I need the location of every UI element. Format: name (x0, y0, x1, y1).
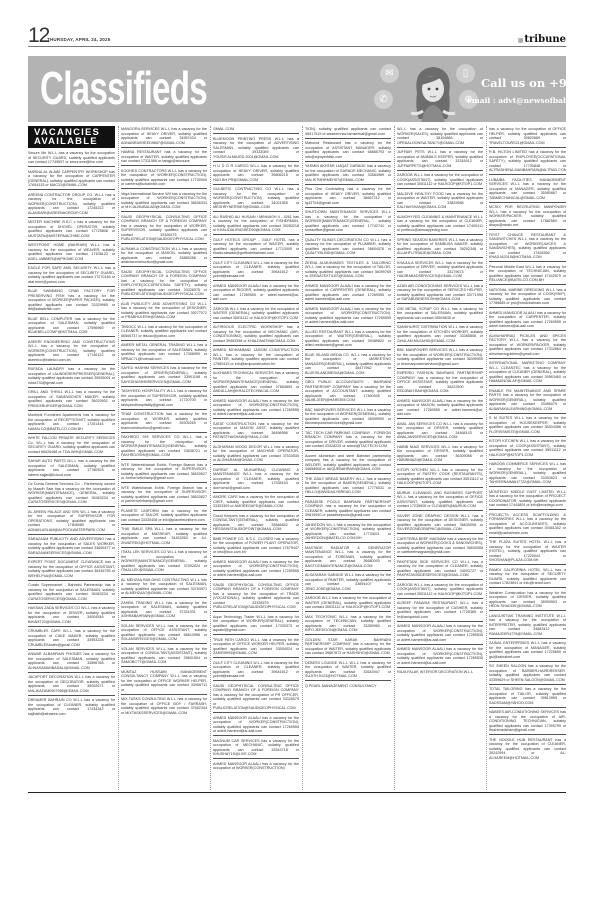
brand-logo: ▦tribune (518, 34, 566, 45)
classified-ad: NABEES AIR-CONDITIONING SERVICES has a v… (489, 709, 566, 735)
classified-ad: GOLDEN STAR KARAK - BAHRAINI PARTNERSHIP… (305, 637, 391, 659)
classified-ad: SAHAR AUTO PARTS W.L.L has a vacancy for… (28, 458, 115, 480)
classified-ad: MARINA AL ALAWI CARPENTRY WORKSHOP has a… (28, 169, 115, 191)
classified-ad: LUBAIBA FACILITIES MANAGEMENT SERVICES W… (489, 177, 566, 203)
classified-ad: THE NOODLE HUB RESTAURANT has a vacancy … (489, 737, 566, 762)
column-3: GMAIL.COMBLUEMOON PRINTING PRESS W.L.L h… (213, 126, 299, 790)
classified-ad: RAMDI CALIFORNIA HOTEL W.L.L has a vacan… (489, 567, 566, 589)
column-4: TION), suitably qualified applicants can… (305, 126, 391, 790)
classified-ad: SAUDI GEOPHYSICAL CONSULTING OFFICE COMP… (121, 214, 207, 245)
classified-ad: SPRING SEASON BAKERIES W.L.L has a vacan… (397, 237, 483, 259)
classified-ad: GBCI PUBLIC ACCOUNTANTS - BAHRAINI PARTN… (305, 379, 391, 405)
classified-ad: ALMOHYYED CLEANING & MAINTENANCE W.L.L h… (397, 214, 483, 236)
classified-ad: ALIB PUBLICITY AND ADVERTISING CO W.L.L … (121, 301, 207, 323)
classified-ad: KITOPI KITCHEN W.L.L has a vacancy for t… (397, 467, 483, 489)
classified-ad: LANGUISTIAS TRAINING INSTITUTE W.L.L has… (489, 613, 566, 639)
classified-ad: Cloud Keepers has a vacancy for the occu… (213, 513, 299, 535)
classified-ad: TOTAL TAILORING has a vacancy for the oc… (489, 686, 566, 708)
classified-ad: MANGORA SERVICES W.L.L has a vacancy for… (121, 126, 207, 148)
classified-ad: AHMED MANSOOR ALAALI has a vacancy for t… (213, 715, 299, 737)
column-1: VACANCIES AVAILABLE Secure Me W.L.L has … (28, 126, 115, 790)
classified-ad: BLUE BELL COMPUTER has a vacancy for the… (28, 316, 115, 338)
classified-ad: DREAMER BAHRAIN CO W.L.L has a vacancy f… (28, 697, 115, 718)
classified-ad: MCSIX PDR RECRUITING MANPOWER W.L.L has … (489, 204, 566, 230)
classified-ad: JUFFAIR PETS W.L.L has a vacancy for the… (397, 149, 483, 171)
classified-ad: THAI SMILE SPA W.L.L has a vacancy for t… (121, 526, 207, 548)
classified-ad: AHMED MANSOOR ALAALI has a vacancy for t… (397, 398, 483, 420)
issue-date: THURSDAY, APRIL 24, 2025 (47, 37, 110, 42)
column-2: MANGORA SERVICES W.L.L has a vacancy for… (121, 126, 207, 790)
classified-ad: ZAROOB W.L.L has a vacancy for the occup… (305, 595, 391, 612)
classified-ad: Aqua Technology Trader W.L.L has a vacan… (213, 614, 299, 636)
classified-ad: AHMED MANSOOR ALAALI has a vacancy for t… (213, 283, 299, 305)
classified-ad: GULF HOTELS GROUP - GULF HOTEL has a vac… (213, 237, 299, 259)
classified-ad: EAGLE FOR SAFE AND SECURITY W.L.L has a … (28, 265, 115, 287)
classified-ad: GIN METAL SCRAP CO W.L.L has a vacancy f… (397, 306, 483, 323)
classified-ad: FIRST CHANCE RESTAURANT & SANDWITCHES W.… (489, 232, 566, 263)
classified-ad: MISTER MACHINE B.S.C c has a vacancy for… (28, 219, 115, 241)
classified-ad: ALFIRDOUS ELECTRIC WORKSHOP has a vacanc… (213, 324, 299, 346)
classified-ad: Petronal Middle East W.L.L has a vacancy… (489, 264, 566, 286)
classified-ad: PLANETE UNIFORM has a vacancy for the oc… (121, 508, 207, 525)
classified-ad: Q PEARL MANAGEMENT CONSULTANCY (305, 683, 391, 690)
classified-ad: PAKPETANI SIDE SERVICES CO W.L.L has a v… (397, 559, 483, 581)
classified-ad: ASEERI ENGINEERING AND CONSTRUCTIONS W.L… (28, 339, 115, 365)
classified-ad: SATAT CONSTRUCTION has a vacancy for the… (213, 421, 299, 443)
classified-ad: AHMED MANSOOR ALAALI has a vacancy for t… (397, 623, 483, 645)
classified-ad: KHAJULA SERVICES W.L.L has a vacancy for… (397, 260, 483, 282)
classified-ad: MALDIVE HEALTHY FOOD has a vacancy for t… (397, 191, 483, 213)
classified-ad: SILVER ZONE GRAPHIC DESIGN W.L.L has a v… (397, 513, 483, 535)
classified-ad: BBC MANPOWER SERVICES W.L.L has a vacanc… (305, 407, 391, 429)
classified-ad: THE DAILY BREAD BAKERY W.L.L has a vacan… (305, 476, 391, 498)
phone-icon: ✆ (374, 90, 393, 109)
classified-ad: BMB POWER CO. B.S.C. CLOSED has a vacanc… (213, 536, 299, 558)
classified-ad: MURUK CLEANING AND BUSINESS SUPPORT W.L.… (397, 490, 483, 512)
classified-ad: QUALITY BLINDS DECORATION CO W.L.L has a… (305, 237, 391, 259)
classified-ad: RAJA FALAK INTERIOR DECORATION W.L.L (397, 669, 483, 676)
ad-list: W.L.L has a vacancy for the occupation o… (397, 126, 483, 676)
classified-ad: PROJECTS ACCESS SCAFFOLDING & FORMWORKS … (489, 512, 566, 538)
classified-ad: Accent aluminium and steel Bahraini part… (305, 453, 391, 475)
classified-ad: AHMED MANSOOR ALAALI has a vacancy for t… (213, 398, 299, 420)
classified-ad: THE PLAZA SUITES HOTEL W.L.L has a vacan… (489, 539, 566, 565)
ad-list: MANGORA SERVICES W.L.L has a vacancy for… (121, 126, 207, 717)
classified-ad: ZAROOB W.L.L has a vacancy for the occup… (397, 172, 483, 189)
column-divider (210, 126, 211, 790)
classified-ad: NATIONAL MARINE DREDGING W.L.L has a vac… (489, 287, 566, 309)
mail-icon: ✉ (380, 64, 399, 83)
operator-illustration (407, 63, 459, 122)
classified-ad: CAFETERIA BEEF MAGNAM has a vacancy for … (397, 536, 483, 558)
classified-ad: ZAINAL ENTERPRISES W.L.L has a vacancy f… (489, 640, 566, 662)
column-divider (486, 126, 487, 790)
classified-ad: BBC MANPOWER SERVICES W.L.L has a vacanc… (397, 347, 483, 369)
classified-ad: Ce Dunta General Services Co. - Partners… (28, 481, 115, 507)
vacancies-heading: VACANCIES AVAILABLE (28, 126, 115, 148)
classified-ad: SOLAN SERVICES W.L.L has a vacancy for t… (121, 623, 207, 645)
classified-ad: YASMIN AKHTAR LIAQAT GARAGE has a vacanc… (305, 163, 391, 185)
classified-ad: AREENA CONTRACTOR GROUP CO. W.L.L has a … (28, 192, 115, 218)
classified-ad: EMPERIO FASHION BAHRAINI PARTNERSHIP COM… (397, 370, 483, 396)
column-5: W.L.L has a vacancy for the occupation o… (397, 126, 483, 790)
classified-ad: GULBEFIC CONTRACTING CO W.L.L has a vaca… (213, 186, 299, 212)
classified-ad: HASSAN ZADA SERVICES CO W.L.L has a vaca… (28, 605, 115, 627)
classified-ad: GRILL AND THRILL W.L.L has a vacancy for… (28, 389, 115, 411)
classified-ad: BLUE SWIMMING CRAB FACTORY FOR PRESERVIN… (28, 288, 115, 314)
classified-ad: TRUE PATH CARGO W.L.L has a vacancy for … (213, 637, 299, 659)
column-divider (394, 126, 395, 790)
classified-ad: ALMUHARRAQ PICKLES AND SPICES FACTORY W.… (489, 333, 566, 359)
classified-ad: SAUDI GEOPHYSICAL CONSULTING OFFICE COMP… (213, 582, 299, 613)
classified-ad: Vega International Service WII has a vac… (121, 191, 207, 213)
bottom-rule (28, 792, 566, 793)
classified-ad: SAYED HASHIM SERVICES has a vacancy for … (121, 365, 207, 387)
classified-ad: Secure Me W.L.L has a vacancy for the oc… (28, 150, 115, 167)
classified-ad: AHMED MANSOOR ALAALI has a vacancy for t… (305, 306, 391, 328)
classified-ad: SAUDI GEOPHYSICAL CONSULTING OFFICE COMP… (213, 683, 299, 714)
classified-ad: WESTPOINT HOME (BAHRAIN) W.L.L has a vac… (28, 242, 115, 264)
classified-ad: ALRAHILA CONSTRUCTION W.L.L has a vacanc… (121, 246, 207, 268)
classified-ad: TEAM CONSTRUCTION has a vacancy for the … (121, 411, 207, 433)
classified-ad: DEBESS LOUNGE W.L.L W.L.L has a vacancy … (305, 660, 391, 682)
phone-contact: Call us on +973 36458394 (481, 76, 599, 90)
classified-ad: Weather Construction has a vacancy for t… (489, 590, 566, 612)
classified-ad: ALLIED RESTAURANT W.L.L has a vacancy fo… (305, 329, 391, 351)
brand-name: tribune (524, 34, 566, 45)
classified-ad: W.L.L has a vacancy for the occupation o… (397, 126, 483, 148)
classified-ad: AMAL JAN SERVICES CO W.L.L has a vacancy… (397, 421, 483, 443)
classified-ad: SHUTDOWN MAINTENANCE SERVICES W.L.L has … (305, 209, 391, 235)
classified-ad: INTERNATIONAL MARKETING COMPANY W.L.L CL… (489, 360, 566, 386)
classified-ad: GMAIL.COM (213, 126, 299, 134)
classified-ad: WTE Watekhanah Exhib- Foreign Branch has… (121, 485, 207, 507)
page-folio: 12 THURSDAY, APRIL 24, 2025 ▦tribune (28, 26, 566, 47)
ad-list: GMAIL.COMBLUEMOON PRINTING PRESS W.L.L h… (213, 126, 299, 772)
classified-ad: S M SUITES W.L.L has a vacancy for the o… (489, 415, 566, 437)
classified-ad: EXPERT POINT DOCUMENT CLEARANCE has a va… (28, 559, 115, 581)
classified-ad: HABOOB COMMERCE SERVICES W.L.L has a vac… (489, 461, 566, 487)
classified-ad: WHITE FALCON PRIVATE SECURITY SERVICES C… (28, 435, 115, 457)
ad-list: TION), suitably qualified applicants can… (305, 126, 391, 690)
classified-ad: BLUEMOON PRINTING PRESS W.L.L has a vaca… (213, 136, 299, 162)
classified-ad: AMEER METAL GENERAL TRADING W.L.L has a … (121, 342, 207, 364)
classified-ad: BLUE ISLAND MEDIA CO. W.L.L has a vacanc… (305, 352, 391, 378)
classified-ad: AHMED MANSOOR ALAALI has a vacancy for t… (305, 283, 391, 305)
classified-ad: MAX TECHTONIC W.L.L has a vacancy for th… (305, 614, 391, 636)
classified-ad: ALREEF PANASIA RESTAURANT W.L.L has a va… (397, 600, 483, 622)
classified-ad: DURRAT AL MUHARRAQ CLEANING & MAINTENANC… (213, 467, 299, 493)
classified-ad: ENABLE FM MAINTENANCE AND SPARE PARTS ha… (489, 388, 566, 414)
classified-ad: MUMTAZ HUSSAIN MANAGEMENT CONSULTANCY CO… (121, 669, 207, 695)
classified-ad: H U D D R CARGO W.L.L has a vacancy for … (213, 163, 299, 185)
classified-ad: R.B. HILTON LIMITED has a vacancy for th… (489, 149, 566, 175)
classified-ad: Curato Supermarket - Bahraini Partnershi… (28, 582, 115, 604)
classified-ad: VOLAN SERVICES W.L.L has a vacancy for t… (121, 646, 207, 668)
email-contact: email : advt@newsofbahrain.com (467, 96, 599, 105)
classified-ad: Plus One Contracting has a vacancy for t… (305, 186, 391, 208)
classified-ad: ANWAR ALBAHRAIN PHONES has a vacancy for… (28, 651, 115, 673)
classified-ad: SO SHEEN SALOON has a vacancy for the oc… (489, 663, 566, 685)
classified-ad: AHMED MANSOOR ALAALI has a vacancy for t… (213, 559, 299, 581)
ad-list: Secure Me W.L.L has a vacancy for the oc… (28, 150, 115, 718)
classified-ad: GULF CITY CLEANING W.L.L has a vacancy f… (213, 260, 299, 282)
section-title: Classifieds (40, 58, 207, 118)
column-6: has a vacancy for the occupation of OFFI… (489, 126, 566, 790)
classified-ad: ZAROOB W.L.L has a vacancy for the occup… (397, 582, 483, 599)
heading-line-2: AVAILABLE (34, 137, 111, 146)
classified-ad: AL AREEN PALACE AND SPA W.L.L has a vaca… (28, 509, 115, 535)
classified-ad: Montreal Furnished Apartments has a vaca… (28, 412, 115, 434)
classified-ad: HABIB NIAZI SERVICES W.L.L has a vacancy… (397, 444, 483, 466)
brand-mark-icon: ▦ (518, 37, 524, 44)
ad-list: has a vacancy for the occupation of OFFI… (489, 126, 566, 762)
classified-ad: AL MEHZAA BUILDING CONTRACTING W.L.L has… (121, 577, 207, 599)
classified-ad: GULF CITY CLEANING W.L.L has a vacancy f… (213, 660, 299, 682)
classified-ad: ZAROOB W.L.L has a vacancy for the occup… (213, 306, 299, 323)
classified-ad: ALI RASHID ALI HUSAIN / MINHAGH 4 - 4261… (213, 214, 299, 236)
classified-ad: SAUDI GEOPHYSICAL CONSULTING OFFICE COMP… (121, 269, 207, 300)
classified-ad: SANDHURST DISTRIBUTION W.L.L has a vacan… (397, 324, 483, 346)
classified-ad: has a vacancy for the occupation of OFFI… (489, 126, 566, 148)
classified-ad: ALSATARAH GARAGE W.L.L has a vacancy for… (305, 572, 391, 594)
classified-ad: ZEENA ALMUHANDIS TEXTILES & TAILORING W.… (305, 260, 391, 282)
classified-ad: WTE Waterekhanah Exhib- Foreign Branch h… (121, 462, 207, 484)
classified-ad: AHMED MANSOOR ALAALI has a vacancy for t… (489, 310, 566, 332)
classified-ad: ITMAL LEK SERVICES CO W.L.L has a vacanc… (121, 549, 207, 575)
classified-ad: TION), suitably qualified applicants can… (305, 126, 391, 139)
classified-ad: MIX TASKS CONSULTING W.L.L has a vacancy… (121, 696, 207, 717)
classified-ad: MASTADE RADIATOR & GENERATOR MAINTENANCE… (305, 545, 391, 571)
classified-ad: CRUMBLES CAFE W.L.L has a vacancy for th… (28, 628, 115, 650)
classified-ad: HAMNA RESTAURANT has a vacancy for the o… (121, 149, 207, 166)
classified-ad: ALGHARAM WOOD DECOR W.L.L has a vacancy … (213, 444, 299, 466)
classified-ad: Mahonia Restaurant has a vacancy for the… (305, 140, 391, 162)
classified-ad: SARAZAAM PUBLICITY AND ADVERTISING has a… (28, 536, 115, 558)
classified-ad: ZAHRA TRADING W.L.L has a vacancy for th… (121, 600, 207, 622)
classified-ad: RUFADA LAUNDRY has a vacancy for the occ… (28, 366, 115, 388)
classified-ad: AHMED MANSOOR ALAALI has a vacancy for t… (397, 646, 483, 668)
classified-ad: TBSOCC W.L.L has a vacancy for the occup… (121, 324, 207, 341)
classified-ad: AHMED MOHAMMAD JASSIM CONSTRUCTION W.L.L… (213, 347, 299, 369)
classified-ad: JAHEEDON W.L.L has a vacancy for the occ… (305, 522, 391, 544)
classified-ad: AHMED MANSOOR ALAALI has a vacancy for t… (213, 761, 299, 773)
classified-ad: JACKPORT DECORATION W.L.L has a vacancy … (28, 674, 115, 696)
classified-ad: AMORE CAFE has a vacancy for the occupat… (213, 494, 299, 511)
classified-ad: MAGNUM CAR SERVICES has a vacancy for th… (213, 738, 299, 760)
classified-ad: FAKHROO SHI SERVICES CO W.L.L has a vaca… (121, 434, 207, 460)
classified-ad: ALKHAMIS TECHNICAL SERVICES has a vacanc… (213, 370, 299, 396)
column-divider (302, 126, 303, 790)
column-divider (118, 126, 119, 790)
classified-ad: MONTEGO MIDDLE EAST LIMITED W.L.L has a … (489, 489, 566, 511)
classified-ad: TASHYEED HOSPITALITY W.L.L has a vacancy… (121, 388, 207, 410)
page-number: 12 (28, 26, 49, 46)
classified-ad: AZAN AIR CONDITIONING SERVICES W.L.L has… (397, 283, 483, 305)
classified-ad: PARADISE POOLS BAHRAINI PARTNERSHIP COMP… (305, 499, 391, 521)
classified-ad: KOOHEJI CONTRACTORS W.L.L has a vacancy … (121, 168, 207, 190)
classified-ad: KITOPI KITCHEN W.L.L has a vacancy for t… (489, 438, 566, 460)
classified-ad: TAC TECH CAR PARKING COMPANY - FOREIGN B… (305, 430, 391, 452)
